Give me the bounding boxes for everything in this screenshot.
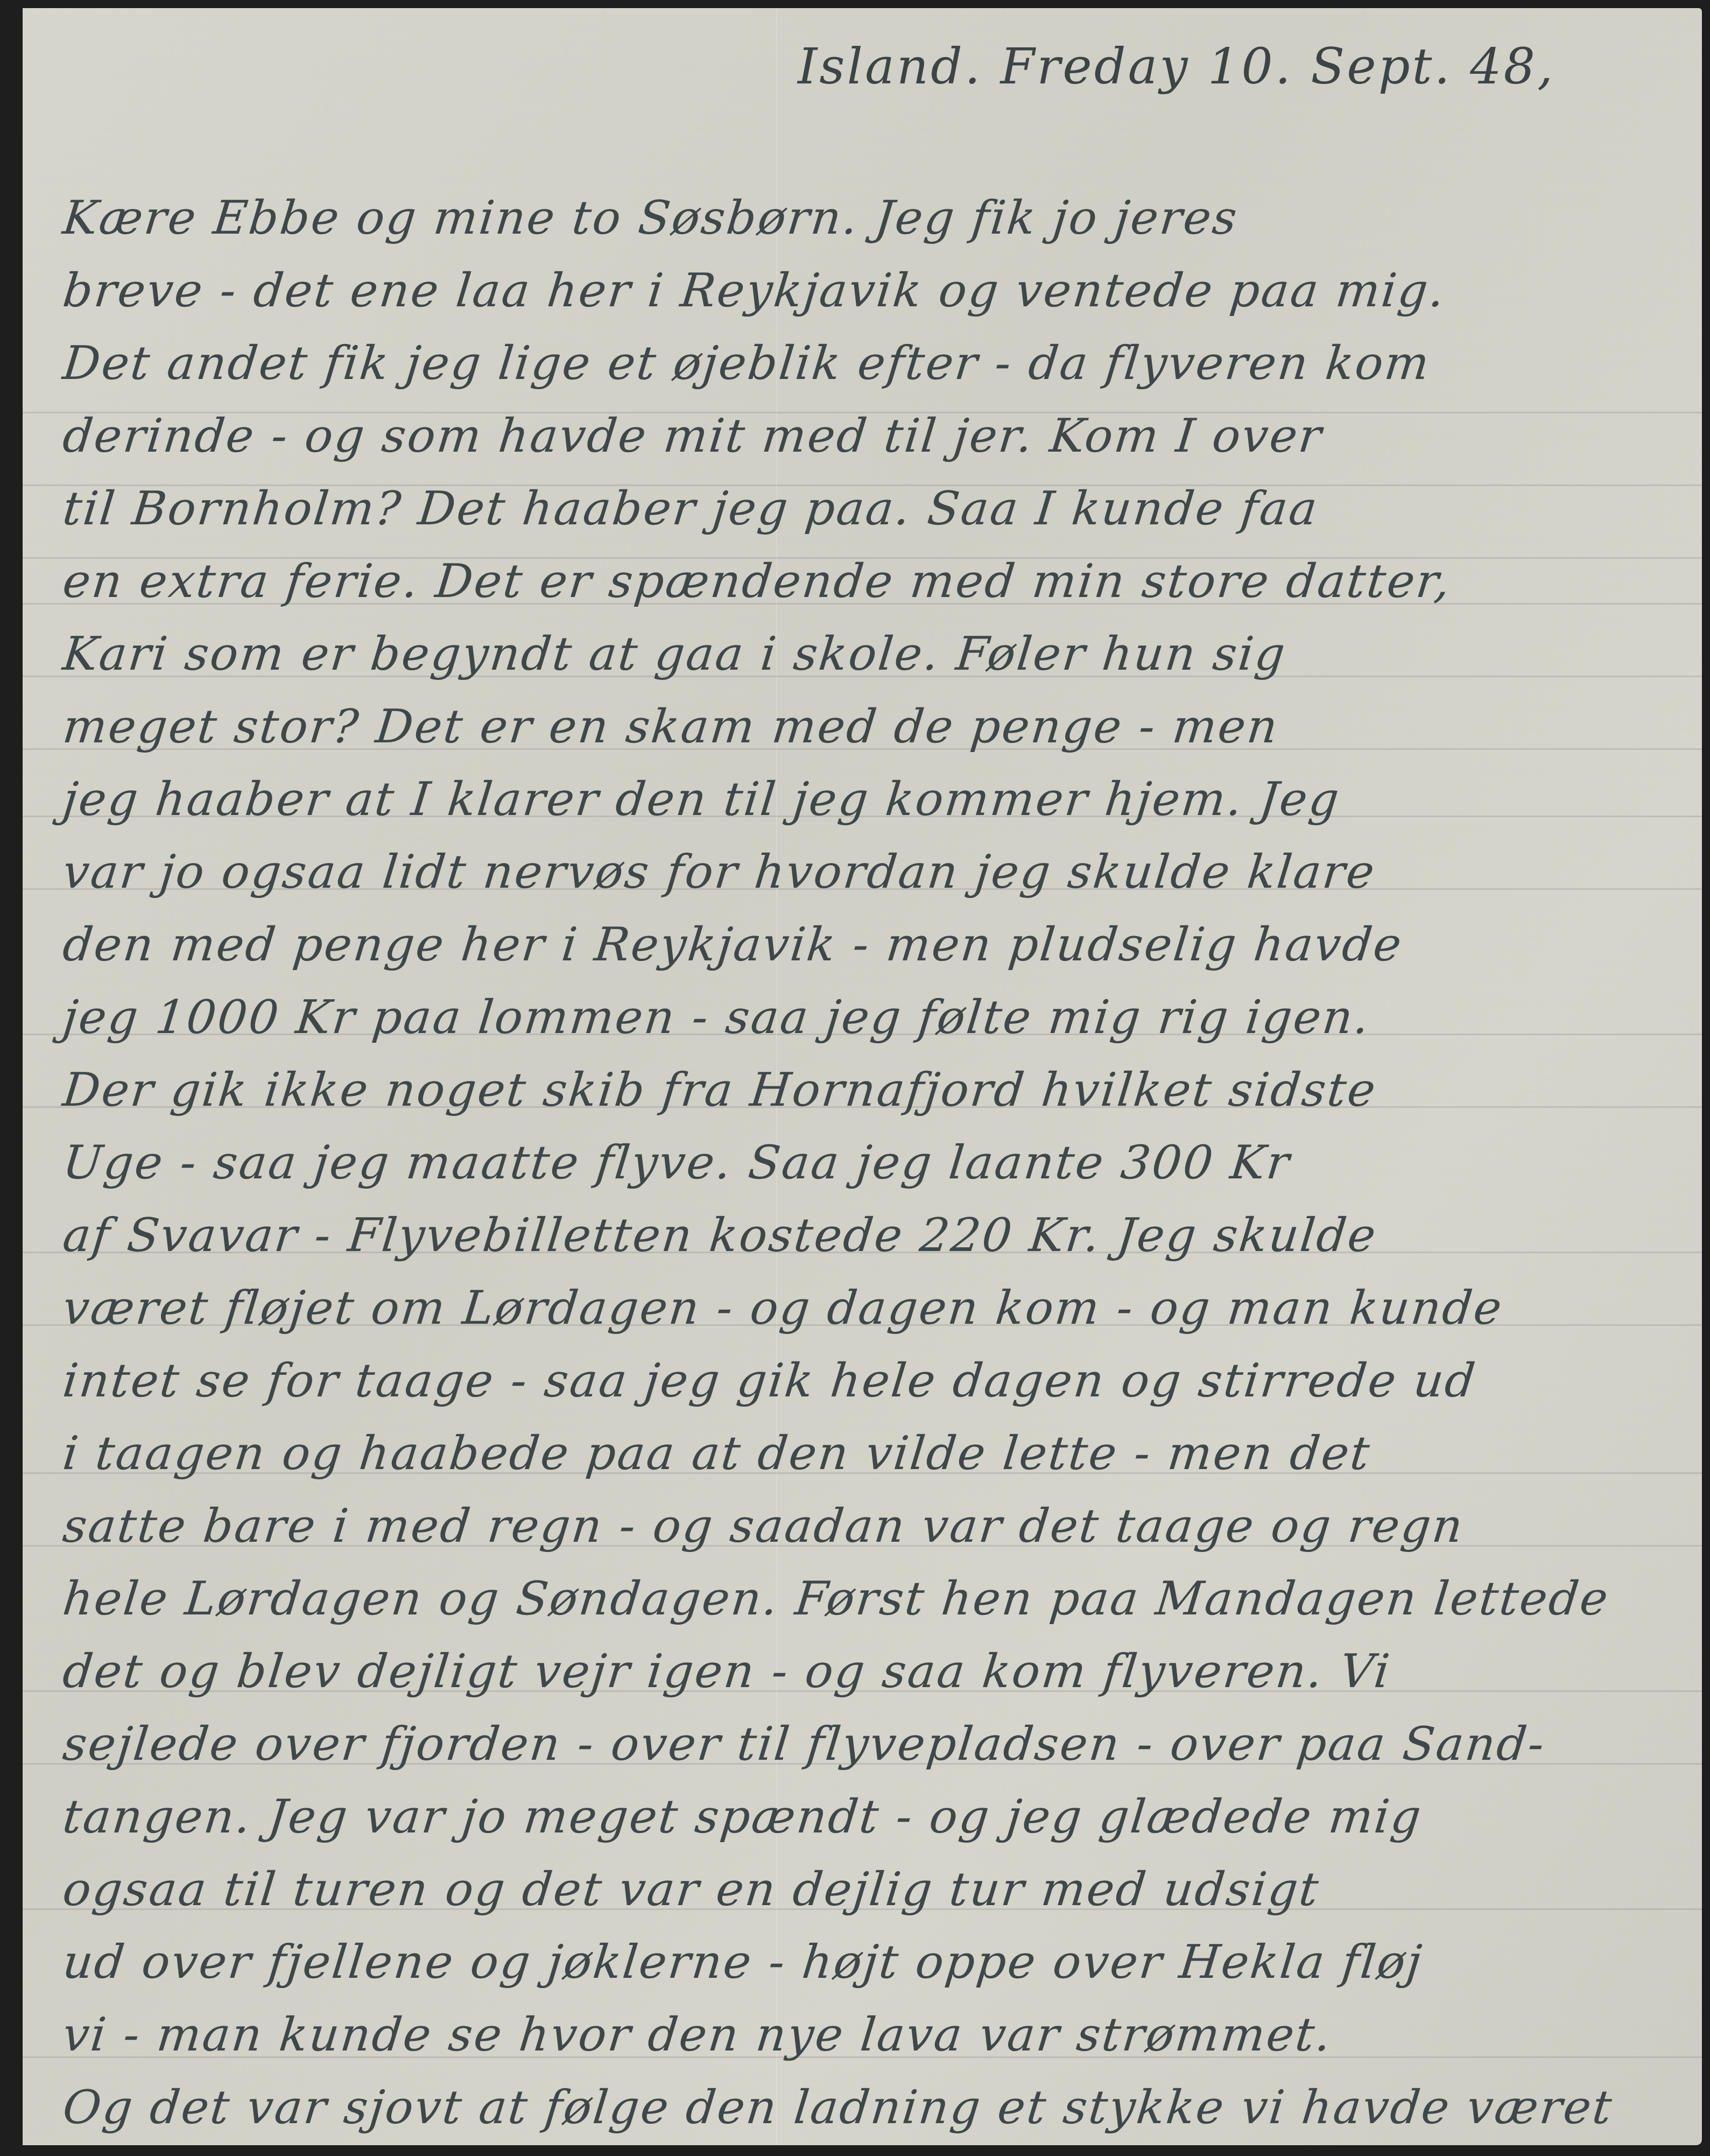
- letter-line: Uge - saa jeg maatte flyve. Saa jeg laan…: [60, 1136, 1708, 1190]
- letter-line: Der gik ikke noget skib fra Hornafjord h…: [60, 1063, 1708, 1117]
- letter-line: en extra ferie. Det er spændende med min…: [60, 554, 1708, 608]
- letter-line: til Bornholm? Det haaber jeg paa. Saa I …: [60, 482, 1708, 536]
- letter-line: det og blev dejligt vejr igen - og saa k…: [60, 1645, 1708, 1698]
- dateline: Island. Freday 10. Sept. 48,: [798, 38, 1555, 95]
- letter-line: Det andet fik jeg lige et øjeblik efter …: [60, 336, 1708, 390]
- letter-line: satte bare i med regn - og saadan var de…: [60, 1499, 1708, 1553]
- letter-line: vi - man kunde se hvor den nye lava var …: [60, 2008, 1708, 2062]
- letter-line: breve - det ene laa her i Reykjavik og v…: [60, 264, 1708, 318]
- letter-line: ogsaa til turen og det var en dejlig tur…: [60, 1863, 1708, 1916]
- letter-line: derinde - og som havde mit med til jer. …: [60, 409, 1708, 463]
- letter-line: sejlede over fjorden - over til flyvepla…: [60, 1717, 1708, 1771]
- letter-line: Kære Ebbe og mine to Søsbørn. Jeg fik jo…: [60, 191, 1708, 245]
- letter-line: hele Lørdagen og Søndagen. Først hen paa…: [60, 1572, 1708, 1626]
- letter-line: den med penge her i Reykjavik - men plud…: [60, 918, 1708, 972]
- letter-line: Og det var sjovt at følge den ladning et…: [60, 2081, 1708, 2134]
- letter-line: tangen. Jeg var jo meget spændt - og jeg…: [60, 1790, 1708, 1844]
- letter-line: ud over fjellene og jøklerne - højt oppe…: [60, 1935, 1708, 1989]
- letter-line: i taagen og haabede paa at den vilde let…: [60, 1427, 1708, 1480]
- letter-line: Kari som er begyndt at gaa i skole. Føle…: [60, 627, 1708, 681]
- letter-line: jeg 1000 Kr paa lommen - saa jeg følte m…: [60, 991, 1708, 1044]
- letter-line: intet se for taage - saa jeg gik hele da…: [60, 1354, 1708, 1408]
- letter-line: jeg haaber at I klarer den til jeg komme…: [60, 772, 1708, 826]
- letter-page: Island. Freday 10. Sept. 48, Kære Ebbe o…: [23, 8, 1702, 2145]
- letter-line: af Svavar - Flyvebilletten kostede 220 K…: [60, 1209, 1708, 1262]
- letter-line: været fløjet om Lørdagen - og dagen kom …: [60, 1281, 1708, 1335]
- letter-line: meget stor? Det er en skam med de penge …: [60, 700, 1708, 754]
- letter-line: var jo ogsaa lidt nervøs for hvordan jeg…: [60, 845, 1708, 899]
